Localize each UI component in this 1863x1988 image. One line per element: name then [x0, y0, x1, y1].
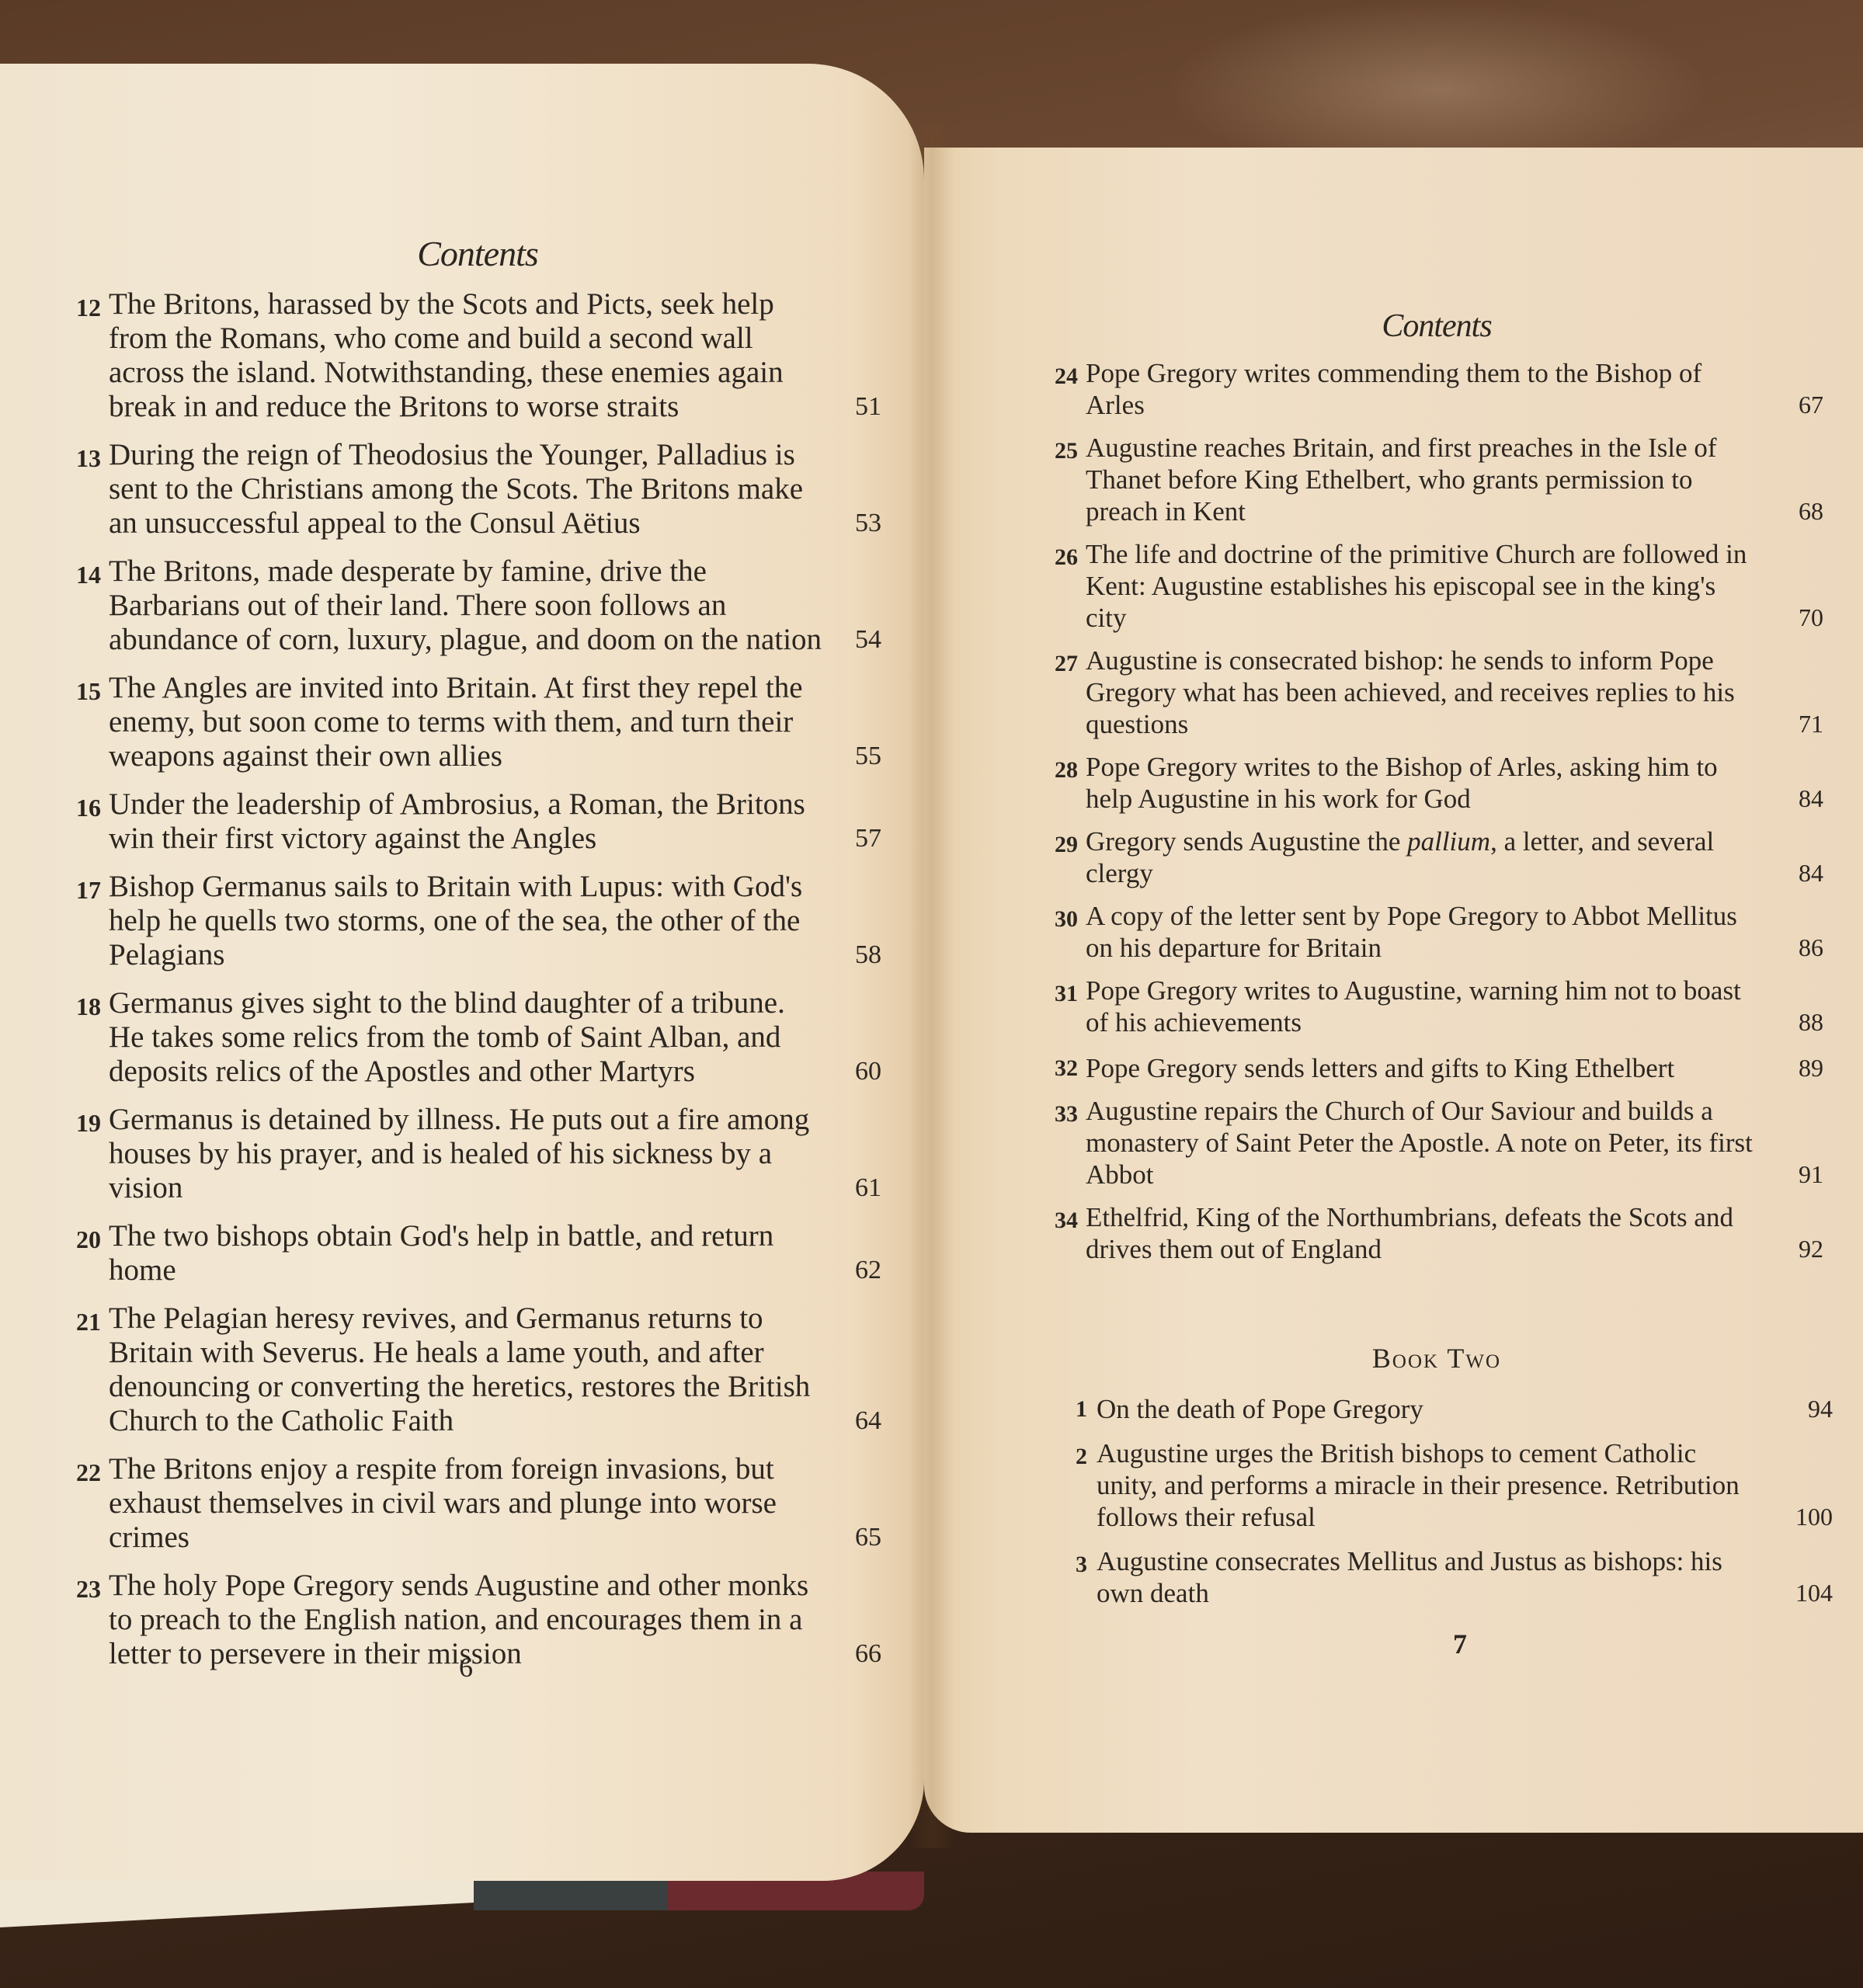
- chapter-title: During the reign of Theodosius the Young…: [109, 438, 827, 540]
- left-page-heading: Contents: [365, 233, 590, 274]
- toc-entry: 17Bishop Germanus sails to Britain with …: [58, 870, 881, 972]
- chapter-number: 20: [58, 1219, 109, 1256]
- toc-entry: 22The Britons enjoy a respite from forei…: [58, 1452, 881, 1555]
- toc-entry: 28Pope Gregory writes to the Bishop of A…: [1041, 751, 1833, 815]
- toc-entry: 20The two bishops obtain God's help in b…: [58, 1219, 881, 1288]
- chapter-number: 19: [58, 1103, 109, 1140]
- page-number: 64: [827, 1404, 881, 1438]
- toc-entry: 16Under the leadership of Ambrosius, a R…: [58, 787, 881, 856]
- toc-entry: 19Germanus is detained by illness. He pu…: [58, 1103, 881, 1205]
- page-number: 70: [1754, 602, 1823, 634]
- page-number: 51: [827, 390, 881, 424]
- chapter-title: The Britons, made desperate by famine, d…: [109, 554, 827, 657]
- chapter-number: 25: [1041, 432, 1086, 467]
- chapter-title: The Angles are invited into Britain. At …: [109, 671, 827, 773]
- chapter-number: 31: [1041, 975, 1086, 1010]
- page-number: 67: [1754, 389, 1823, 421]
- chapter-number: 32: [1041, 1049, 1086, 1084]
- page-number: 54: [827, 623, 881, 657]
- chapter-title: Germanus is detained by illness. He puts…: [109, 1103, 827, 1205]
- chapter-title: The Britons, harassed by the Scots and P…: [109, 287, 827, 424]
- chapter-number: 29: [1041, 825, 1086, 860]
- book-two-toc-list: 1On the death of Pope Gregory94 2Augusti…: [1056, 1390, 1833, 1621]
- page-number: 60: [827, 1055, 881, 1089]
- toc-entry: 33Augustine repairs the Church of Our Sa…: [1041, 1095, 1833, 1190]
- toc-entry: 2Augustine urges the British bishops to …: [1056, 1437, 1833, 1533]
- page-number: 68: [1754, 495, 1823, 527]
- toc-entry: 13During the reign of Theodosius the You…: [58, 438, 881, 540]
- italic-term: pallium: [1407, 826, 1490, 857]
- chapter-title: Bishop Germanus sails to Britain with Lu…: [109, 870, 827, 972]
- toc-entry: 30A copy of the letter sent by Pope Greg…: [1041, 900, 1833, 964]
- chapter-number: 30: [1041, 900, 1086, 935]
- toc-entry: 3Augustine consecrates Mellitus and Just…: [1056, 1545, 1833, 1609]
- chapter-title: The Pelagian heresy revives, and Germanu…: [109, 1302, 827, 1438]
- chapter-number: 24: [1041, 357, 1086, 392]
- chapter-number: 27: [1041, 645, 1086, 679]
- chapter-title: Pope Gregory writes to Augustine, warnin…: [1086, 975, 1754, 1038]
- chapter-number: 17: [58, 870, 109, 907]
- page-number: 92: [1754, 1233, 1823, 1265]
- chapter-title: The two bishops obtain God's help in bat…: [109, 1219, 827, 1288]
- toc-entry: 32Pope Gregory sends letters and gifts t…: [1041, 1049, 1833, 1084]
- chapter-number: 33: [1041, 1095, 1086, 1130]
- page-number: 88: [1754, 1006, 1823, 1038]
- toc-entry: 12The Britons, harassed by the Scots and…: [58, 287, 881, 424]
- page-number: 58: [827, 938, 881, 972]
- toc-entry: 34Ethelfrid, King of the Northumbrians, …: [1041, 1201, 1833, 1265]
- page-number: 91: [1754, 1159, 1823, 1190]
- page-number: 84: [1754, 783, 1823, 815]
- chapter-number: 12: [58, 287, 109, 325]
- chapter-title: On the death of Pope Gregory: [1097, 1393, 1763, 1425]
- toc-entry: 21The Pelagian heresy revives, and Germa…: [58, 1302, 881, 1438]
- chapter-number: 34: [1041, 1201, 1086, 1236]
- toc-entry: 24Pope Gregory writes commending them to…: [1041, 357, 1833, 421]
- chapter-title: Augustine consecrates Mellitus and Justu…: [1097, 1545, 1763, 1609]
- toc-entry: 15The Angles are invited into Britain. A…: [58, 671, 881, 773]
- chapter-title: The life and doctrine of the primitive C…: [1086, 538, 1754, 634]
- book-gutter: [909, 124, 955, 1848]
- chapter-number: 16: [58, 787, 109, 825]
- chapter-number: 15: [58, 671, 109, 708]
- page-number: 62: [827, 1253, 881, 1288]
- page-number: 84: [1754, 857, 1823, 889]
- chapter-number: 26: [1041, 538, 1086, 573]
- chapter-number: 3: [1056, 1545, 1097, 1580]
- page-number: 100: [1763, 1501, 1833, 1533]
- chapter-number: 28: [1041, 751, 1086, 786]
- toc-entry: 1On the death of Pope Gregory94: [1056, 1390, 1833, 1425]
- chapter-number: 21: [58, 1302, 109, 1339]
- chapter-number: 13: [58, 438, 109, 475]
- page-number: 66: [827, 1637, 881, 1671]
- toc-entry: 26The life and doctrine of the primitive…: [1041, 538, 1833, 634]
- chapter-title: Augustine urges the British bishops to c…: [1097, 1437, 1763, 1533]
- chapter-number: 22: [58, 1452, 109, 1489]
- chapter-title: Gregory sends Augustine the pallium, a l…: [1086, 825, 1754, 889]
- page-number: 104: [1763, 1577, 1833, 1609]
- chapter-title: Pope Gregory writes commending them to t…: [1086, 357, 1754, 421]
- chapter-title: Pope Gregory writes to the Bishop of Arl…: [1086, 751, 1754, 815]
- chapter-title: Augustine repairs the Church of Our Savi…: [1086, 1095, 1754, 1190]
- page-number: 89: [1754, 1052, 1823, 1084]
- page-number: 61: [827, 1171, 881, 1205]
- chapter-title: The Britons enjoy a respite from foreign…: [109, 1452, 827, 1555]
- page-number: 55: [827, 739, 881, 773]
- chapter-title: Ethelfrid, King of the Northumbrians, de…: [1086, 1201, 1754, 1265]
- toc-entry: 27Augustine is consecrated bishop: he se…: [1041, 645, 1833, 740]
- chapter-title: Under the leadership of Ambrosius, a Rom…: [109, 787, 827, 856]
- toc-entry: 14The Britons, made desperate by famine,…: [58, 554, 881, 657]
- page-number: 53: [827, 506, 881, 540]
- chapter-number: 2: [1056, 1437, 1097, 1472]
- page-number: 71: [1754, 708, 1823, 740]
- page-number: 86: [1754, 932, 1823, 964]
- toc-entry: 31Pope Gregory writes to Augustine, warn…: [1041, 975, 1833, 1038]
- chapter-number: 18: [58, 986, 109, 1024]
- right-page-heading: Contents: [1336, 308, 1538, 345]
- chapter-number: 23: [58, 1569, 109, 1606]
- toc-entry: 29Gregory sends Augustine the pallium, a…: [1041, 825, 1833, 889]
- chapter-title: Augustine reaches Britain, and first pre…: [1086, 432, 1754, 527]
- left-page-folio: 6: [435, 1651, 497, 1684]
- right-toc-list: 24Pope Gregory writes commending them to…: [1041, 357, 1833, 1276]
- toc-entry: 25Augustine reaches Britain, and first p…: [1041, 432, 1833, 527]
- page-number: 57: [827, 822, 881, 856]
- chapter-title: A copy of the letter sent by Pope Gregor…: [1086, 900, 1754, 964]
- chapter-title: Pope Gregory sends letters and gifts to …: [1086, 1052, 1754, 1084]
- left-toc-list: 12The Britons, harassed by the Scots and…: [58, 287, 881, 1685]
- chapter-title: Germanus gives sight to the blind daught…: [109, 986, 827, 1089]
- chapter-number: 1: [1056, 1390, 1097, 1425]
- page-number: 94: [1763, 1393, 1833, 1425]
- chapter-number: 14: [58, 554, 109, 592]
- right-page-folio: 7: [1429, 1628, 1491, 1660]
- book-two-heading: Book Two: [1041, 1342, 1833, 1375]
- page-number: 65: [827, 1521, 881, 1555]
- toc-entry: 18Germanus gives sight to the blind daug…: [58, 986, 881, 1089]
- chapter-title: Augustine is consecrated bishop: he send…: [1086, 645, 1754, 740]
